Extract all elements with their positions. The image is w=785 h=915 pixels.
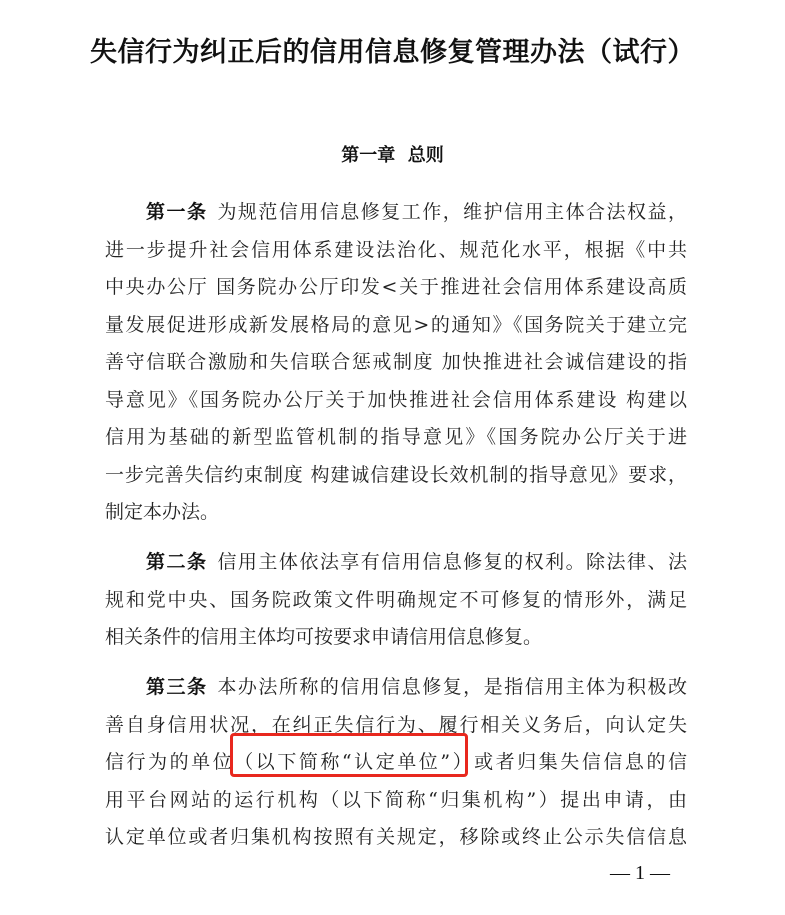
article-1-label: 第一条 bbox=[146, 201, 207, 223]
article-3-line-5: 认定单位或者归集机构按照有关规定，移除或终止公示失信信息 bbox=[105, 822, 687, 852]
article-2-line-1: 第二条信用主体依法享有信用信息修复的权利。除法律、法 bbox=[146, 547, 687, 577]
article-2-line-3: 相关条件的信用主体均可按要求申请信用信息修复。 bbox=[105, 622, 687, 652]
chapter-heading: 第一章 总则 bbox=[0, 141, 785, 167]
article-1-line-3: 中央办公厅 国务院办公厅印发<关于推进社会信用体系建设高质 bbox=[105, 272, 687, 302]
article-2-line-2: 规和党中央、国务院政策文件明确规定不可修复的情形外，满足 bbox=[105, 585, 687, 615]
article-1-line-2: 进一步提升社会信用体系建设法治化、规范化水平，根据《中共 bbox=[105, 235, 687, 265]
article-1-line-7: 信用为基础的新型监管机制的指导意见》《国务院办公厅关于进 bbox=[105, 422, 687, 452]
article-3-line-4: 用平台网站的运行机构（以下简称“归集机构”）提出申请，由 bbox=[105, 785, 687, 815]
article-3-line-1: 第三条本办法所称的信用信息修复，是指信用主体为积极改 bbox=[146, 672, 687, 702]
article-2-label: 第二条 bbox=[146, 551, 207, 573]
document-page: 失信行为纠正后的信用信息修复管理办法（试行） 第一章 总则 第一条为规范信用信息… bbox=[0, 0, 785, 915]
article-3-label: 第三条 bbox=[146, 676, 207, 698]
article-1-line-5: 善守信联合激励和失信联合惩戒制度 加快推进社会诚信建设的指 bbox=[105, 347, 687, 377]
document-title: 失信行为纠正后的信用信息修复管理办法（试行） bbox=[0, 30, 785, 69]
article-1-line-6: 导意见》《国务院办公厅关于加快推进社会信用体系建设 构建以 bbox=[105, 385, 687, 415]
highlight-annotation-box bbox=[230, 733, 468, 777]
article-1-line-9: 制定本办法。 bbox=[105, 497, 687, 527]
article-1-line-4: 量发展促进形成新发展格局的意见>的通知》《国务院关于建立完 bbox=[105, 310, 687, 340]
article-1-line-1: 第一条为规范信用信息修复工作，维护信用主体合法权益， bbox=[146, 197, 687, 227]
article-1-line-8: 一步完善失信约束制度 构建诚信建设长效机制的指导意见》要求， bbox=[105, 460, 687, 490]
page-number: — 1 — bbox=[605, 862, 675, 885]
